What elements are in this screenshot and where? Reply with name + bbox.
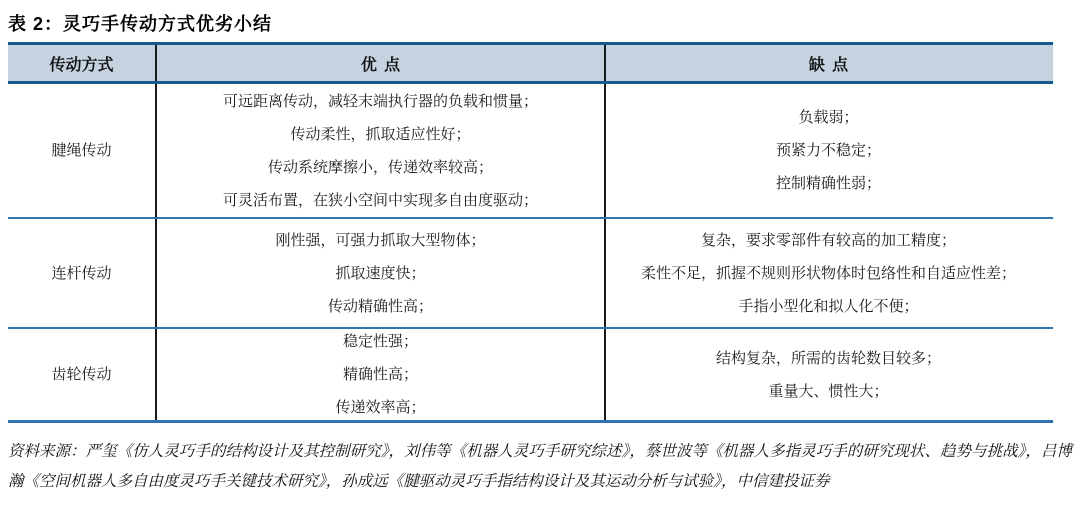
transmission-comparison-table: 传动方式 优点 缺点 腱绳传动可远距离传动，减轻末端执行器的负载和惯量；传动柔性… — [8, 42, 1053, 423]
method-cell: 连杆传动 — [8, 219, 157, 327]
advantage-line: 稳定性强； — [343, 325, 418, 358]
advantage-line: 抓取速度快； — [335, 257, 425, 290]
method-label: 齿轮传动 — [51, 358, 111, 391]
advantage-line: 传动精确性高； — [328, 290, 433, 323]
advantage-line: 传动柔性，抓取适应性好； — [290, 118, 470, 151]
advantage-line: 刚性强，可强力抓取大型物体； — [275, 224, 485, 257]
table-row: 腱绳传动可远距离传动，减轻末端执行器的负载和惯量；传动柔性，抓取适应性好；传动系… — [8, 84, 1053, 219]
method-cell: 齿轮传动 — [8, 329, 157, 420]
page-title: 表 2：灵巧手传动方式优劣小结 — [8, 10, 272, 36]
source-note: 资料来源：严玺《仿人灵巧手的结构设计及其控制研究》，刘伟等《机器人灵巧手研究综述… — [8, 437, 1072, 497]
header-cell-method: 传动方式 — [8, 45, 157, 81]
advantage-line: 可远距离传动，减轻末端执行器的负载和惯量； — [223, 85, 538, 118]
header-cell-disadvantages: 缺点 — [606, 45, 1051, 81]
table-row: 齿轮传动稳定性强；精确性高；传递效率高；结构复杂，所需的齿轮数目较多；重量大、惯… — [8, 329, 1053, 423]
disadvantage-line: 重量大、惯性大； — [768, 375, 888, 408]
advantages-cell: 可远距离传动，减轻末端执行器的负载和惯量；传动柔性，抓取适应性好；传动系统摩擦小… — [157, 84, 606, 217]
disadvantages-cell: 结构复杂，所需的齿轮数目较多；重量大、惯性大； — [606, 329, 1051, 420]
method-cell: 腱绳传动 — [8, 84, 157, 217]
header-cell-advantages: 优点 — [157, 45, 606, 81]
advantage-line: 可灵活布置，在狭小空间中实现多自由度驱动； — [223, 184, 538, 217]
disadvantage-line: 预紧力不稳定； — [776, 134, 881, 167]
disadvantage-line: 结构复杂，所需的齿轮数目较多； — [716, 342, 941, 375]
advantage-line: 传动系统摩擦小，传递效率较高； — [268, 151, 493, 184]
table-body: 腱绳传动可远距离传动，减轻末端执行器的负载和惯量；传动柔性，抓取适应性好；传动系… — [8, 84, 1053, 423]
disadvantage-line: 柔性不足，抓握不规则形状物体时包络性和自适应性差； — [641, 257, 1016, 290]
disadvantage-line: 手指小型化和拟人化不便； — [738, 290, 918, 323]
table-row: 连杆传动刚性强，可强力抓取大型物体；抓取速度快；传动精确性高；复杂，要求零部件有… — [8, 219, 1053, 329]
advantages-cell: 刚性强，可强力抓取大型物体；抓取速度快；传动精确性高； — [157, 219, 606, 327]
advantage-line: 传递效率高； — [335, 391, 425, 424]
disadvantage-line: 复杂，要求零部件有较高的加工精度； — [701, 224, 956, 257]
table-header-row: 传动方式 优点 缺点 — [8, 42, 1053, 84]
method-label: 连杆传动 — [51, 257, 111, 290]
disadvantages-cell: 负载弱；预紧力不稳定；控制精确性弱； — [606, 84, 1051, 217]
advantages-cell: 稳定性强；精确性高；传递效率高； — [157, 329, 606, 420]
advantage-line: 精确性高； — [343, 358, 418, 391]
disadvantage-line: 负载弱； — [798, 101, 858, 134]
method-label: 腱绳传动 — [51, 134, 111, 167]
disadvantages-cell: 复杂，要求零部件有较高的加工精度；柔性不足，抓握不规则形状物体时包络性和自适应性… — [606, 219, 1051, 327]
disadvantage-line: 控制精确性弱； — [776, 167, 881, 200]
